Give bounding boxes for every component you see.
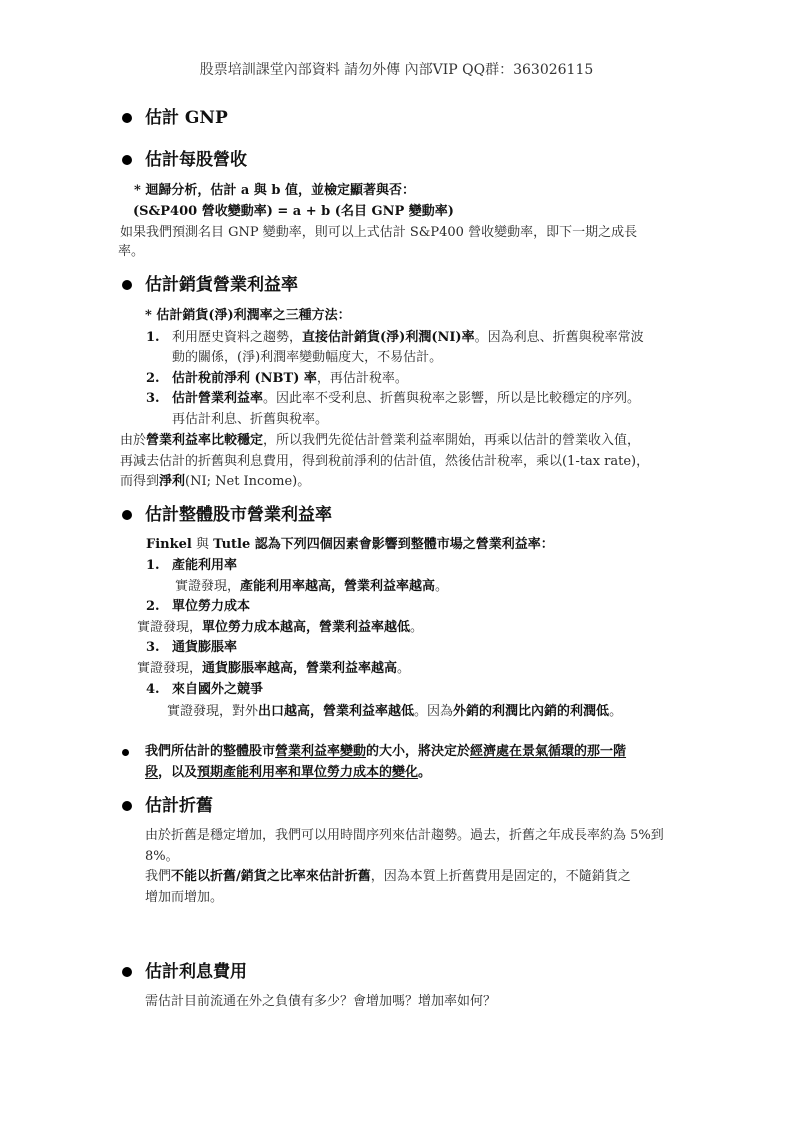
factor-finding: 實證發現，通貨膨脹率越高，營業利益率越高。 bbox=[137, 661, 410, 677]
method-text-emphasis: 估計稅前淨利 (NBT) 率 bbox=[172, 371, 317, 386]
conclusion-underlined: 段 bbox=[145, 765, 158, 780]
intro-text: 與 bbox=[192, 537, 213, 552]
finding-text: 實證發現， bbox=[175, 579, 240, 594]
conclusion-underlined: 營業利益率變動 bbox=[275, 744, 366, 759]
finding-emphasis: 出口越高，營業利益率越低 bbox=[258, 704, 414, 719]
method-2-line: 估計稅前淨利 (NBT) 率，再估計稅率。 bbox=[172, 371, 408, 387]
conclusion-line: 段，以及預期產能利用率和單位勞力成本的變化。 bbox=[145, 765, 431, 781]
depreciation-line: 8%。 bbox=[145, 849, 179, 865]
intro-text: 認為下列四個因素會影響到整體市場之營業利益率： bbox=[250, 537, 554, 552]
depreciation-text: ，因為本質上折舊費用是固定的，不隨銷貨之 bbox=[371, 869, 631, 884]
author-name: Tutle bbox=[213, 537, 250, 552]
bullet-icon bbox=[122, 749, 129, 756]
margin-summary-line: 而得到淨利(NI; Net Income)。 bbox=[120, 474, 310, 490]
bullet-icon bbox=[122, 280, 132, 290]
author-name: Finkel bbox=[146, 537, 192, 552]
revenue-explanation-line: 如果我們預測名目 GNP 變動率，則可以上式估計 S&P400 營收變動率，即下… bbox=[120, 225, 637, 241]
section-heading-interest: 估計利息費用 bbox=[145, 962, 247, 982]
finding-emphasis: 產能利用率越高，營業利益率越高 bbox=[240, 579, 435, 594]
method-3-line2: 再估計利息、折舊與稅率。 bbox=[172, 412, 328, 428]
conclusion-text: 我們所估計的整體股市 bbox=[145, 744, 275, 759]
section-heading-revenue: 估計每股營收 bbox=[145, 150, 247, 170]
method-number: 3. bbox=[146, 391, 160, 407]
factor-label: 產能利用率 bbox=[172, 558, 237, 574]
depreciation-line: 我們不能以折舊/銷貨之比率來估計折舊，因為本質上折舊費用是固定的，不隨銷貨之 bbox=[145, 869, 631, 885]
factor-number: 4. bbox=[146, 682, 160, 698]
depreciation-text: 我們 bbox=[145, 869, 171, 884]
method-text: 。因此率不受利息、折舊與稅率之影響，所以是比較穩定的序列。 bbox=[263, 391, 640, 406]
method-number: 2. bbox=[146, 371, 160, 387]
factor-finding: 實證發現，單位勞力成本越高，營業利益率越低。 bbox=[137, 620, 423, 636]
margin-summary-line: 由於營業利益率比較穩定，所以我們先從估計營業利益率開始，再乘以估計的營業收入值， bbox=[120, 433, 640, 449]
factor-number: 2. bbox=[146, 599, 160, 615]
finding-text: 。 bbox=[397, 661, 410, 676]
interest-line: 需估計目前流通在外之負債有多少？會增加嗎？增加率如何？ bbox=[145, 994, 496, 1010]
section-heading-depreciation: 估計折舊 bbox=[145, 796, 213, 816]
conclusion-text: 。 bbox=[418, 765, 431, 780]
method-text: ，再估計稅率。 bbox=[317, 371, 408, 386]
summary-emphasis: 淨利 bbox=[159, 474, 185, 489]
method-number: 1. bbox=[146, 330, 160, 346]
depreciation-emphasis: 不能以折舊/銷貨之比率來估計折舊 bbox=[171, 869, 371, 884]
factor-number: 1. bbox=[146, 558, 160, 574]
method-1-line2: 動的關係，(淨)利潤率變動幅度大，不易估計。 bbox=[172, 350, 442, 366]
finding-text: 。 bbox=[410, 620, 423, 635]
finding-text: 實證發現，對外 bbox=[167, 704, 258, 719]
method-text-emphasis: 估計營業利益率 bbox=[172, 391, 263, 406]
market-intro: Finkel 與 Tutle 認為下列四個因素會影響到整體市場之營業利益率： bbox=[146, 537, 554, 553]
bullet-icon bbox=[122, 510, 132, 520]
finding-emphasis: 外銷的利潤比內銷的利潤低 bbox=[453, 704, 609, 719]
factor-finding: 實證發現，產能利用率越高，營業利益率越高。 bbox=[175, 579, 448, 595]
summary-text: (NI; Net Income)。 bbox=[185, 474, 310, 489]
method-3-line: 估計營業利益率。因此率不受利息、折舊與稅率之影響，所以是比較穩定的序列。 bbox=[172, 391, 640, 407]
section-heading-gnp: 估計 GNP bbox=[145, 108, 228, 128]
method-text: 。因為利息、折舊與稅率常波 bbox=[475, 330, 644, 345]
methods-title: * 估計銷貨(淨)利潤率之三種方法： bbox=[145, 308, 351, 324]
depreciation-line: 增加而增加。 bbox=[145, 890, 223, 906]
summary-text: 由於 bbox=[120, 433, 146, 448]
finding-emphasis: 通貨膨脹率越高，營業利益率越高 bbox=[202, 661, 397, 676]
depreciation-line: 由於折舊是穩定增加，我們可以用時間序列來估計趨勢。過去，折舊之年成長率約為 5%… bbox=[145, 828, 664, 844]
finding-text: 實證發現， bbox=[137, 620, 202, 635]
revenue-explanation-line: 率。 bbox=[118, 244, 144, 260]
conclusion-line: 我們所估計的整體股市營業利益率變動的大小，將決定於經濟處在景氣循環的那一階 bbox=[145, 744, 626, 760]
bullet-icon bbox=[122, 155, 132, 165]
summary-text: 而得到 bbox=[120, 474, 159, 489]
finding-text: 。 bbox=[435, 579, 448, 594]
conclusion-underlined: 經濟處在景氣循環的那一階 bbox=[470, 744, 626, 759]
factor-finding: 實證發現，對外出口越高，營業利益率越低。因為外銷的利潤比內銷的利潤低。 bbox=[167, 704, 622, 720]
regression-formula: (S&P400 營收變動率) = a + b (名目 GNP 變動率) bbox=[133, 204, 454, 220]
method-1-line: 利用歷史資料之趨勢，直接估計銷貨(淨)利潤(NI)率。因為利息、折舊與稅率常波 bbox=[172, 330, 644, 346]
bullet-icon bbox=[122, 113, 132, 123]
factor-number: 3. bbox=[146, 640, 160, 656]
summary-text: ，所以我們先從估計營業利益率開始，再乘以估計的營業收入值， bbox=[263, 433, 640, 448]
finding-text: 。因為 bbox=[414, 704, 453, 719]
regression-note: * 迴歸分析，估計 a 與 b 值，並檢定顯著與否： bbox=[134, 183, 415, 199]
factor-label: 通貨膨脹率 bbox=[172, 640, 237, 656]
bullet-icon bbox=[122, 801, 132, 811]
conclusion-text: 的大小，將決定於 bbox=[366, 744, 470, 759]
bullet-icon bbox=[122, 967, 132, 977]
factor-label: 單位勞力成本 bbox=[172, 599, 250, 615]
method-text-emphasis: 直接估計銷貨(淨)利潤(NI)率 bbox=[302, 330, 475, 345]
section-heading-market: 估計整體股市營業利益率 bbox=[145, 505, 332, 525]
method-text: 利用歷史資料之趨勢， bbox=[172, 330, 302, 345]
margin-summary-line: 再減去估計的折舊與利息費用，得到稅前淨利的估計值，然後估計稅率，乘以(1-tax… bbox=[120, 454, 649, 470]
section-heading-margin: 估計銷貨營業利益率 bbox=[145, 275, 298, 295]
finding-emphasis: 單位勞力成本越高，營業利益率越低 bbox=[202, 620, 410, 635]
page-header: 股票培訓課堂內部資料 請勿外傳 內部VIP QQ群：363026115 bbox=[0, 61, 793, 79]
conclusion-text: ，以及 bbox=[158, 765, 197, 780]
finding-text: 實證發現， bbox=[137, 661, 202, 676]
factor-label: 來自國外之競爭 bbox=[172, 682, 263, 698]
finding-text: 。 bbox=[609, 704, 622, 719]
conclusion-underlined: 預期產能利用率和單位勞力成本的變化 bbox=[197, 765, 418, 780]
summary-emphasis: 營業利益率比較穩定 bbox=[146, 433, 263, 448]
